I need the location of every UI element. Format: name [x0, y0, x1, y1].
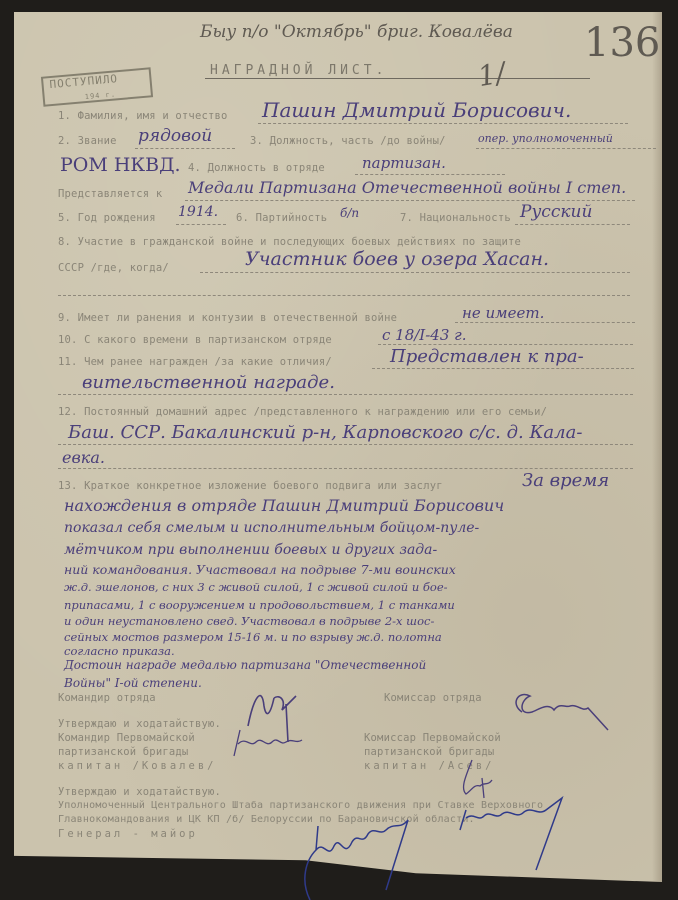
field-11-value-cont: вительственной награде.: [82, 372, 335, 393]
field-8-line-2: [58, 295, 630, 296]
presented-label: Представляется к: [58, 188, 162, 200]
presented-value: Медали Партизана Отечественной войны I с…: [188, 178, 626, 197]
field-3-label: 3. Должность, часть /до войны/: [250, 135, 446, 147]
approve-2: Утверждаю и ходатайствую.: [58, 786, 221, 798]
field-3-value: опер. уполномоченный: [478, 132, 613, 145]
field-11-label: 11. Чем ранее награжден /за какие отличи…: [58, 356, 332, 368]
field-3-line: [476, 148, 656, 149]
field-12-line: [58, 444, 633, 445]
field-9-value: не имеет.: [462, 304, 544, 322]
document-title: НАГРАДНОЙ ЛИСТ.: [210, 63, 387, 78]
commissar-signature: [508, 682, 618, 742]
field-4-value: партизан.: [362, 154, 446, 172]
field-5-label: 5. Год рождения: [58, 212, 156, 224]
field-6-label: 6. Партийность: [236, 212, 327, 224]
field-4-label: 4. Должность в отряде: [188, 162, 325, 174]
field-13-line-3: мётчиком при выполнении боевых и других …: [64, 542, 437, 558]
commander-label: Командир отряда: [58, 692, 156, 704]
header-note: Быу п/о "Октябрь" бриг. Ковалёва: [200, 22, 513, 42]
field-1-line: [258, 123, 628, 124]
field-9-line: [455, 322, 635, 323]
field-10-line: [378, 344, 633, 345]
field-13-line-11: Войны" I-ой степени.: [64, 676, 202, 690]
field-12-label: 12. Постоянный домашний адрес /представл…: [58, 406, 547, 418]
stamp-date: 194 г.: [84, 90, 116, 101]
commissar-label: Комиссар отряда: [384, 692, 482, 704]
field-11-line-2: [58, 394, 633, 395]
field-13-line-4: ний командования. Участвовал на подрыве …: [64, 562, 456, 577]
archive-number: 136: [584, 20, 660, 66]
field-6-value: б/п: [340, 206, 359, 220]
field-11-value: Представлен к пра-: [390, 346, 584, 367]
field-7-label: 7. Национальность: [400, 212, 511, 224]
field-13-label: 13. Краткое конкретное изложение боевого…: [58, 480, 443, 492]
field-13-line-8: сейных мостов размером 15-16 м. и по взр…: [64, 630, 442, 644]
field-13-line-10: Достоин награде медалью партизана "Отече…: [64, 658, 426, 672]
field-7-value: Русский: [520, 202, 592, 222]
header-underline: [205, 78, 590, 79]
field-3-value-cont: РОМ НКВД.: [60, 154, 181, 176]
field-12-value-cont: евка.: [62, 448, 105, 467]
representative-line-3: Генерал - майор: [58, 828, 198, 840]
field-13-line-2: показал себя смелым и исполнительным бой…: [64, 520, 479, 536]
field-13-line-6: припасами, 1 с вооружением и продовольст…: [64, 598, 455, 612]
field-4-line: [355, 174, 505, 175]
brigade-commander-signature: [228, 722, 318, 762]
field-13-line-9: согласно приказа.: [64, 644, 175, 658]
field-12-line-2: [58, 468, 633, 469]
field-1-label: 1. Фамилия, имя и отчество: [58, 110, 228, 122]
field-9-label: 9. Имеет ли ранения и контузии в отечест…: [58, 312, 397, 324]
field-2-value: рядовой: [138, 126, 212, 146]
brigade-commander-line-3: капитан /Ковалев/: [58, 760, 216, 772]
field-13-line-7: и один неустановлено свед. Участвовал в …: [64, 614, 434, 628]
field-1-value: Пашин Дмитрий Борисович.: [262, 98, 571, 122]
presented-line: [185, 200, 635, 201]
paper-edge-shadow: [652, 12, 662, 882]
field-5-value: 1914.: [178, 204, 218, 220]
field-8-label: 8. Участие в гражданской войне и последу…: [58, 236, 521, 248]
brigade-commander-line-2: партизанской бригады: [58, 746, 188, 758]
field-8-value: Участник боев у озера Хасан.: [245, 248, 549, 270]
field-10-value: с 18/I-43 г.: [382, 326, 467, 344]
field-2-label: 2. Звание: [58, 135, 117, 147]
field-13-line-1: нахождения в отряде Пашин Дмитрий Борисо…: [64, 496, 504, 515]
brigade-commissar-line-1: Комиссар Первомайской: [364, 732, 501, 744]
field-12-value: Баш. ССР. Бакалинский р-н, Карповского с…: [68, 422, 582, 443]
general-signature: [270, 790, 590, 900]
field-13-line-0: За время: [522, 470, 609, 491]
field-8-label-cont: СССР /где, когда/: [58, 262, 169, 274]
approve-1: Утверждаю и ходатайствую.: [58, 718, 221, 730]
field-7-line: [515, 224, 630, 225]
brigade-commander-line-1: Командир Первомайской: [58, 732, 195, 744]
fraction-mark: 1/: [475, 56, 508, 93]
stamp-text: ПОСТУПИЛО: [49, 72, 118, 91]
field-8-line: [200, 272, 630, 273]
field-13-line-5: ж.д. эшелонов, с них 3 с живой силой, 1 …: [64, 580, 448, 594]
field-11-line: [372, 368, 634, 369]
field-2-line: [135, 148, 235, 149]
field-10-label: 10. С какого времени в партизанском отря…: [58, 334, 332, 346]
field-5-line: [176, 224, 226, 225]
